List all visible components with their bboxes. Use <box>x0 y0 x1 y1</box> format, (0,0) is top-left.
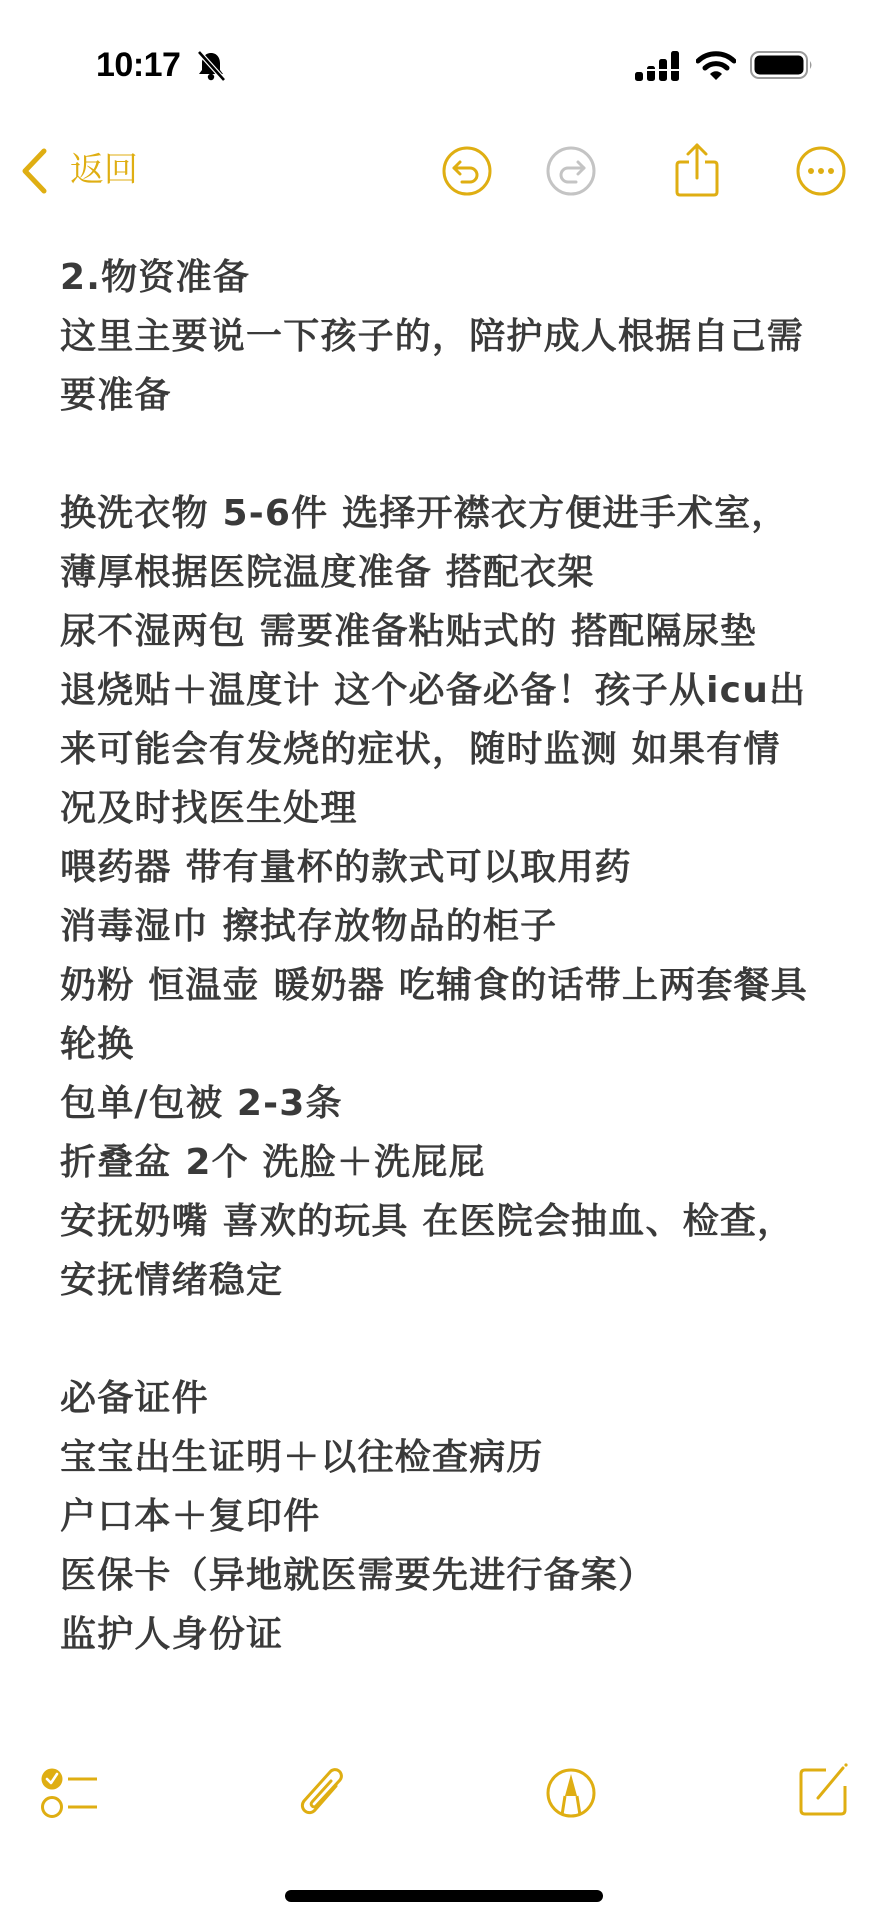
paperclip-icon[interactable] <box>296 1764 348 1822</box>
note-subheading: 必备证件 <box>60 1369 850 1428</box>
checklist-icon[interactable] <box>40 1766 100 1820</box>
note-heading: 2.物资准备 <box>60 248 850 307</box>
note-line: 这里主要说一下孩子的，陪护成人根据自己需 <box>60 307 850 366</box>
note-line: 薄厚根据医院温度准备 搭配衣架 <box>60 543 850 602</box>
compose-icon[interactable] <box>796 1762 850 1818</box>
note-line: 换洗衣物 5-6件 选择开襟衣方便进手术室， <box>60 484 850 543</box>
note-line: 安抚奶嘴 喜欢的玩具 在医院会抽血、检查， <box>60 1192 850 1251</box>
note-line: 尿不湿两包 需要准备粘贴式的 搭配隔尿垫 <box>60 602 850 661</box>
note-line: 安抚情绪稳定 <box>60 1251 850 1310</box>
note-line: 来可能会有发烧的症状，随时监测 如果有情 <box>60 720 850 779</box>
note-line: 折叠盆 2个 洗脸＋洗屁屁 <box>60 1133 850 1192</box>
note-line: 包单/包被 2-3条 <box>60 1074 850 1133</box>
note-line: 监护人身份证 <box>60 1605 850 1664</box>
note-line: 户口本＋复印件 <box>60 1487 850 1546</box>
note-line-blank <box>60 1310 850 1369</box>
note-line: 喂药器 带有量杯的款式可以取用药 <box>60 838 850 897</box>
home-indicator[interactable] <box>285 1890 603 1902</box>
note-line: 况及时找医生处理 <box>60 779 850 838</box>
cellular-signal-icon <box>635 50 681 82</box>
note-line-blank <box>60 425 850 484</box>
markup-pen-icon[interactable] <box>544 1766 598 1820</box>
bell-slash-icon <box>194 50 228 82</box>
wifi-icon <box>696 50 736 82</box>
battery-full-icon <box>750 51 814 79</box>
status-time: 10:17 <box>96 46 180 85</box>
note-line: 宝宝出生证明＋以往检查病历 <box>60 1428 850 1487</box>
back-chevron-icon[interactable] <box>18 148 50 194</box>
note-line: 奶粉 恒温壶 暖奶器 吃辅食的话带上两套餐具 <box>60 956 850 1015</box>
note-line: 轮换 <box>60 1015 850 1074</box>
note-line: 退烧贴＋温度计 这个必备必备！孩子从icu出 <box>60 661 850 720</box>
note-body[interactable]: 2.物资准备 这里主要说一下孩子的，陪护成人根据自己需 要准备 换洗衣物 5-6… <box>60 248 850 1664</box>
share-icon[interactable] <box>670 142 724 198</box>
more-options-icon[interactable] <box>794 144 848 198</box>
back-button[interactable]: 返回 <box>70 150 138 190</box>
undo-icon[interactable] <box>440 144 494 198</box>
note-line: 消毒湿巾 擦拭存放物品的柜子 <box>60 897 850 956</box>
note-line: 医保卡（异地就医需要先进行备案） <box>60 1546 850 1605</box>
note-line: 要准备 <box>60 366 850 425</box>
redo-icon[interactable] <box>544 144 598 198</box>
